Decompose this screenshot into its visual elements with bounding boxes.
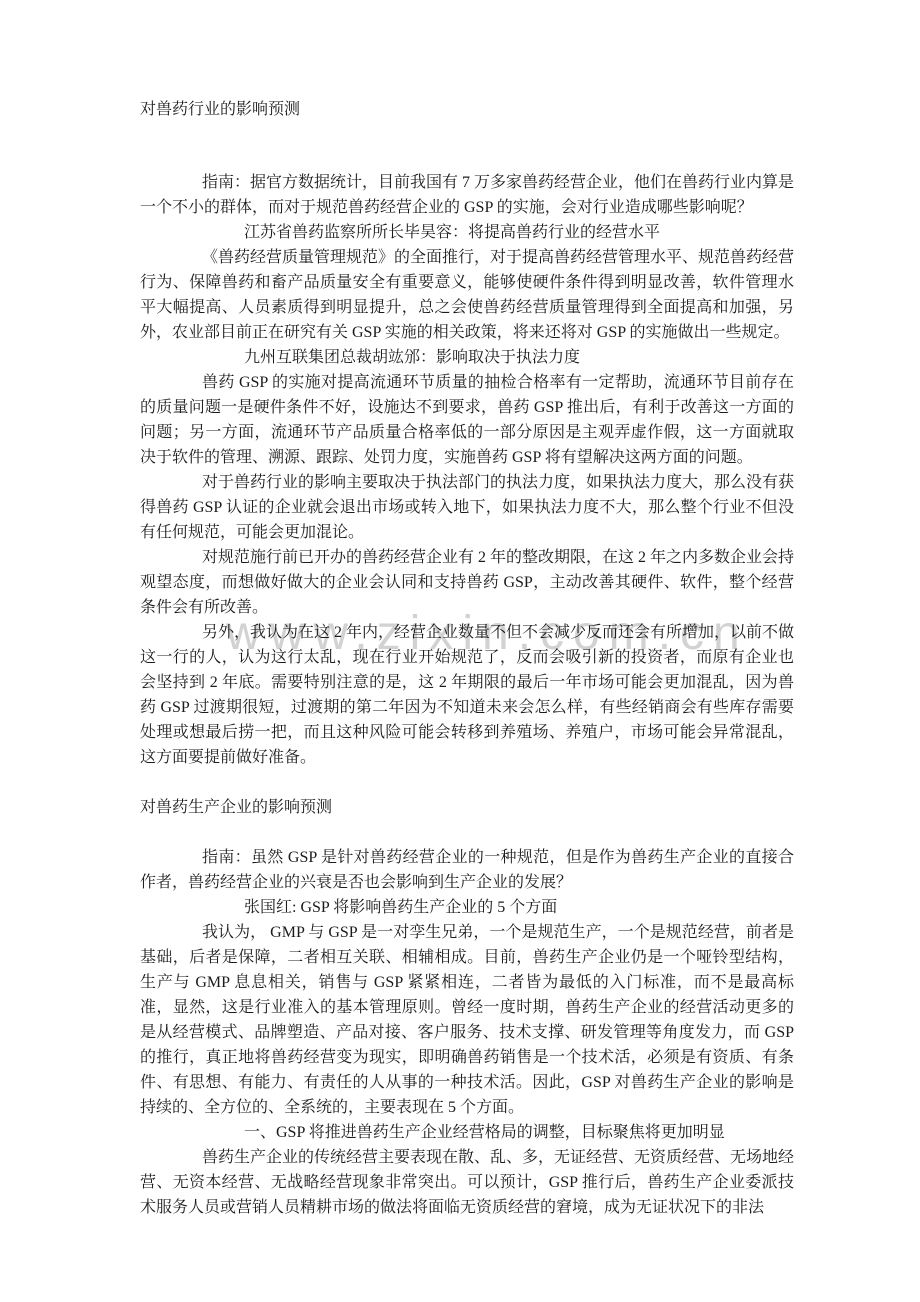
document-body: 对兽药行业的影响预测指南：据官方数据统计，目前我国有 7 万多家兽药经营企业，他… xyxy=(140,97,794,1220)
section-title: 对兽药生产企业的影响预测 xyxy=(140,795,794,820)
paragraph: 《兽药经营质量管理规范》的全面推行，对于提高兽药经营管理水平、规范兽药经营行为、… xyxy=(140,245,794,345)
paragraph: 对规范施行前已开办的兽药经营企业有 2 年的整改期限，在这 2 年之内多数企业会… xyxy=(140,545,794,620)
paragraph: 指南：虽然 GSP 是针对兽药经营企业的一种规范，但是作为兽药生产企业的直接合作… xyxy=(140,845,794,895)
paragraph: 对于兽药行业的影响主要取决于执法部门的执法力度，如果执法力度大，那么没有获得兽药… xyxy=(140,470,794,545)
document-page: www.zixin.com.cn 对兽药行业的影响预测指南：据官方数据统计，目前… xyxy=(0,0,920,1302)
subheading: 江苏省兽药监察所所长毕昊容：将提高兽药行业的经营水平 xyxy=(140,220,794,245)
subheading: 九州互联集团总裁胡竑邠：影响取决于执法力度 xyxy=(140,345,794,370)
subheading: 一、GSP 将推进兽药生产企业经营格局的调整，目标聚焦将更加明显 xyxy=(140,1120,794,1145)
paragraph: 另外，我认为在这 2 年内，经营企业数量不但不会减少反而还会有所增加，以前不做这… xyxy=(140,620,794,770)
paragraph: 指南：据官方数据统计，目前我国有 7 万多家兽药经营企业，他们在兽药行业内算是一… xyxy=(140,170,794,220)
section-title: 对兽药行业的影响预测 xyxy=(140,97,794,122)
paragraph: 兽药 GSP 的实施对提高流通环节质量的抽检合格率有一定帮助，流通环节目前存在的… xyxy=(140,370,794,470)
paragraph: 我认为， GMP 与 GSP 是一对孪生兄弟，一个是规范生产，一个是规范经营，前… xyxy=(140,920,794,1120)
subheading: 张国红: GSP 将影响兽药生产企业的 5 个方面 xyxy=(140,895,794,920)
paragraph: 兽药生产企业的传统经营主要表现在散、乱、多，无证经营、无资质经营、无场地经营、无… xyxy=(140,1145,794,1220)
